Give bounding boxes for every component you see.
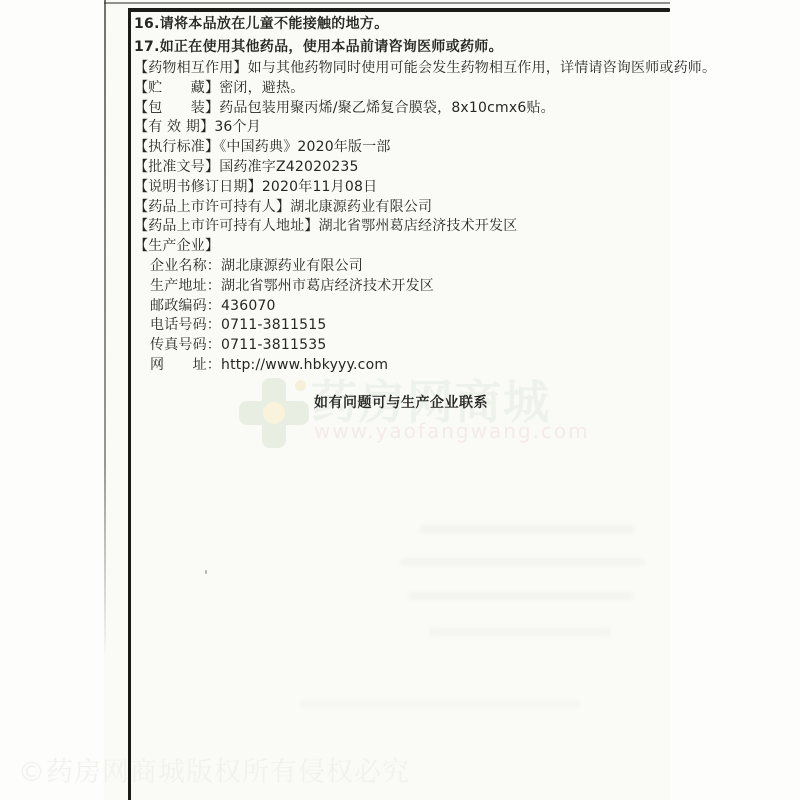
- field-value: 36个月: [214, 119, 261, 135]
- manufacturer-row-website: 网 址：http://www.hbkyyy.com: [134, 356, 674, 376]
- manufacturer-row-phone: 电话号码：0711-3811515: [134, 316, 674, 336]
- field-value: 0711-3811535: [221, 337, 326, 353]
- watermark-url: www.yaofangwang.com: [314, 419, 590, 443]
- bleed-through-smudge: [300, 700, 580, 708]
- numbered-item: 17.如正在使用其他药品，使用本品前请咨询医师或药师。: [134, 36, 674, 59]
- field-row-standard: 【执行标准】《中国药典》2020年版一部: [134, 138, 674, 158]
- field-label: 【药品上市许可持有人】: [134, 199, 290, 215]
- field-row-shelf-life: 【有 效 期】36个月: [134, 118, 674, 138]
- field-value: 436070: [221, 298, 276, 314]
- field-value: http://www.hbkyyy.com: [221, 357, 388, 373]
- field-value: 《中国药典》2020年版一部: [219, 139, 390, 155]
- manufacturer-row-fax: 传真号码：0711-3811535: [134, 336, 674, 356]
- field-label: 电话号码：: [150, 317, 221, 333]
- bleed-through-smudge: [400, 558, 645, 566]
- bleed-through-smudge: [420, 525, 635, 534]
- field-label: 传真号码：: [150, 337, 221, 353]
- field-label: 邮政编码：: [150, 298, 221, 314]
- field-value: 密闭，避热。: [219, 80, 304, 96]
- field-label: 【批准文号】: [134, 159, 219, 175]
- field-label: 【包 装】: [134, 100, 219, 116]
- field-row-packaging: 【包 装】药品包装用聚丙烯/聚乙烯复合膜袋，8x10cmx6贴。: [134, 99, 674, 119]
- leaflet-frame-top-border: [128, 8, 670, 12]
- field-row-revision-date: 【说明书修订日期】2020年11月08日: [134, 178, 674, 198]
- leaflet-content: 16.请将本品放在儿童不能接触的地方。 17.如正在使用其他药品，使用本品前请咨…: [134, 13, 674, 413]
- field-row-license-holder-address: 【药品上市许可持有人地址】湖北省鄂州葛店经济技术开发区: [134, 217, 674, 237]
- field-row-manufacturer-header: 【生产企业】: [134, 237, 674, 257]
- field-label: 【说明书修订日期】: [134, 179, 262, 195]
- field-label: 【贮 藏】: [134, 80, 219, 96]
- field-value: 如与其他药物同时使用可能会发生药物相互作用，详情请咨询医师或药师。: [248, 60, 717, 76]
- scan-edge-top: [104, 2, 670, 4]
- scan-edge-left: [104, 0, 106, 660]
- field-label: 【药品上市许可持有人地址】: [134, 218, 319, 234]
- bleed-through-smudge: [430, 628, 610, 636]
- field-row-license-holder: 【药品上市许可持有人】湖北康源药业有限公司: [134, 198, 674, 218]
- field-value: 湖北康源药业有限公司: [290, 199, 432, 215]
- manufacturer-row-company-name: 企业名称：湖北康源药业有限公司: [134, 257, 674, 277]
- field-label: 【生产企业】: [134, 238, 219, 254]
- field-label: 网 址：: [150, 357, 221, 373]
- field-label: 【药物相互作用】: [134, 60, 248, 76]
- watermark-copyright: ©药房网商城版权所有侵权必究: [18, 750, 410, 789]
- field-label: 【执行标准】: [134, 139, 219, 155]
- contact-note: 如有问题可与生产企业联系: [134, 393, 674, 413]
- scan-speck: [205, 570, 207, 574]
- field-label: 企业名称：: [150, 258, 221, 274]
- field-value: 湖北康源药业有限公司: [221, 258, 363, 274]
- field-row-storage: 【贮 藏】密闭，避热。: [134, 79, 674, 99]
- field-value: 0711-3811515: [221, 317, 326, 333]
- field-row-approval-number: 【批准文号】国药准字Z42020235: [134, 158, 674, 178]
- leaflet-frame-left-border: [128, 8, 131, 800]
- manufacturer-row-production-address: 生产地址：湖北省鄂州市葛店经济技术开发区: [134, 277, 674, 297]
- field-label: 【有 效 期】: [134, 119, 214, 135]
- bleed-through-smudge: [408, 592, 633, 600]
- field-value: 2020年11月08日: [262, 179, 377, 195]
- field-value: 药品包装用聚丙烯/聚乙烯复合膜袋，8x10cmx6贴。: [219, 100, 555, 116]
- manufacturer-row-postal-code: 邮政编码：436070: [134, 297, 674, 317]
- numbered-item: 16.请将本品放在儿童不能接触的地方。: [134, 13, 674, 36]
- field-row-drug-interactions: 【药物相互作用】如与其他药物同时使用可能会发生药物相互作用，详情请咨询医师或药师…: [134, 59, 674, 79]
- field-label: 生产地址：: [150, 278, 221, 294]
- field-value: 湖北省鄂州葛店经济技术开发区: [319, 218, 518, 234]
- field-value: 湖北省鄂州市葛店经济技术开发区: [221, 278, 434, 294]
- field-value: 国药准字Z42020235: [219, 159, 358, 175]
